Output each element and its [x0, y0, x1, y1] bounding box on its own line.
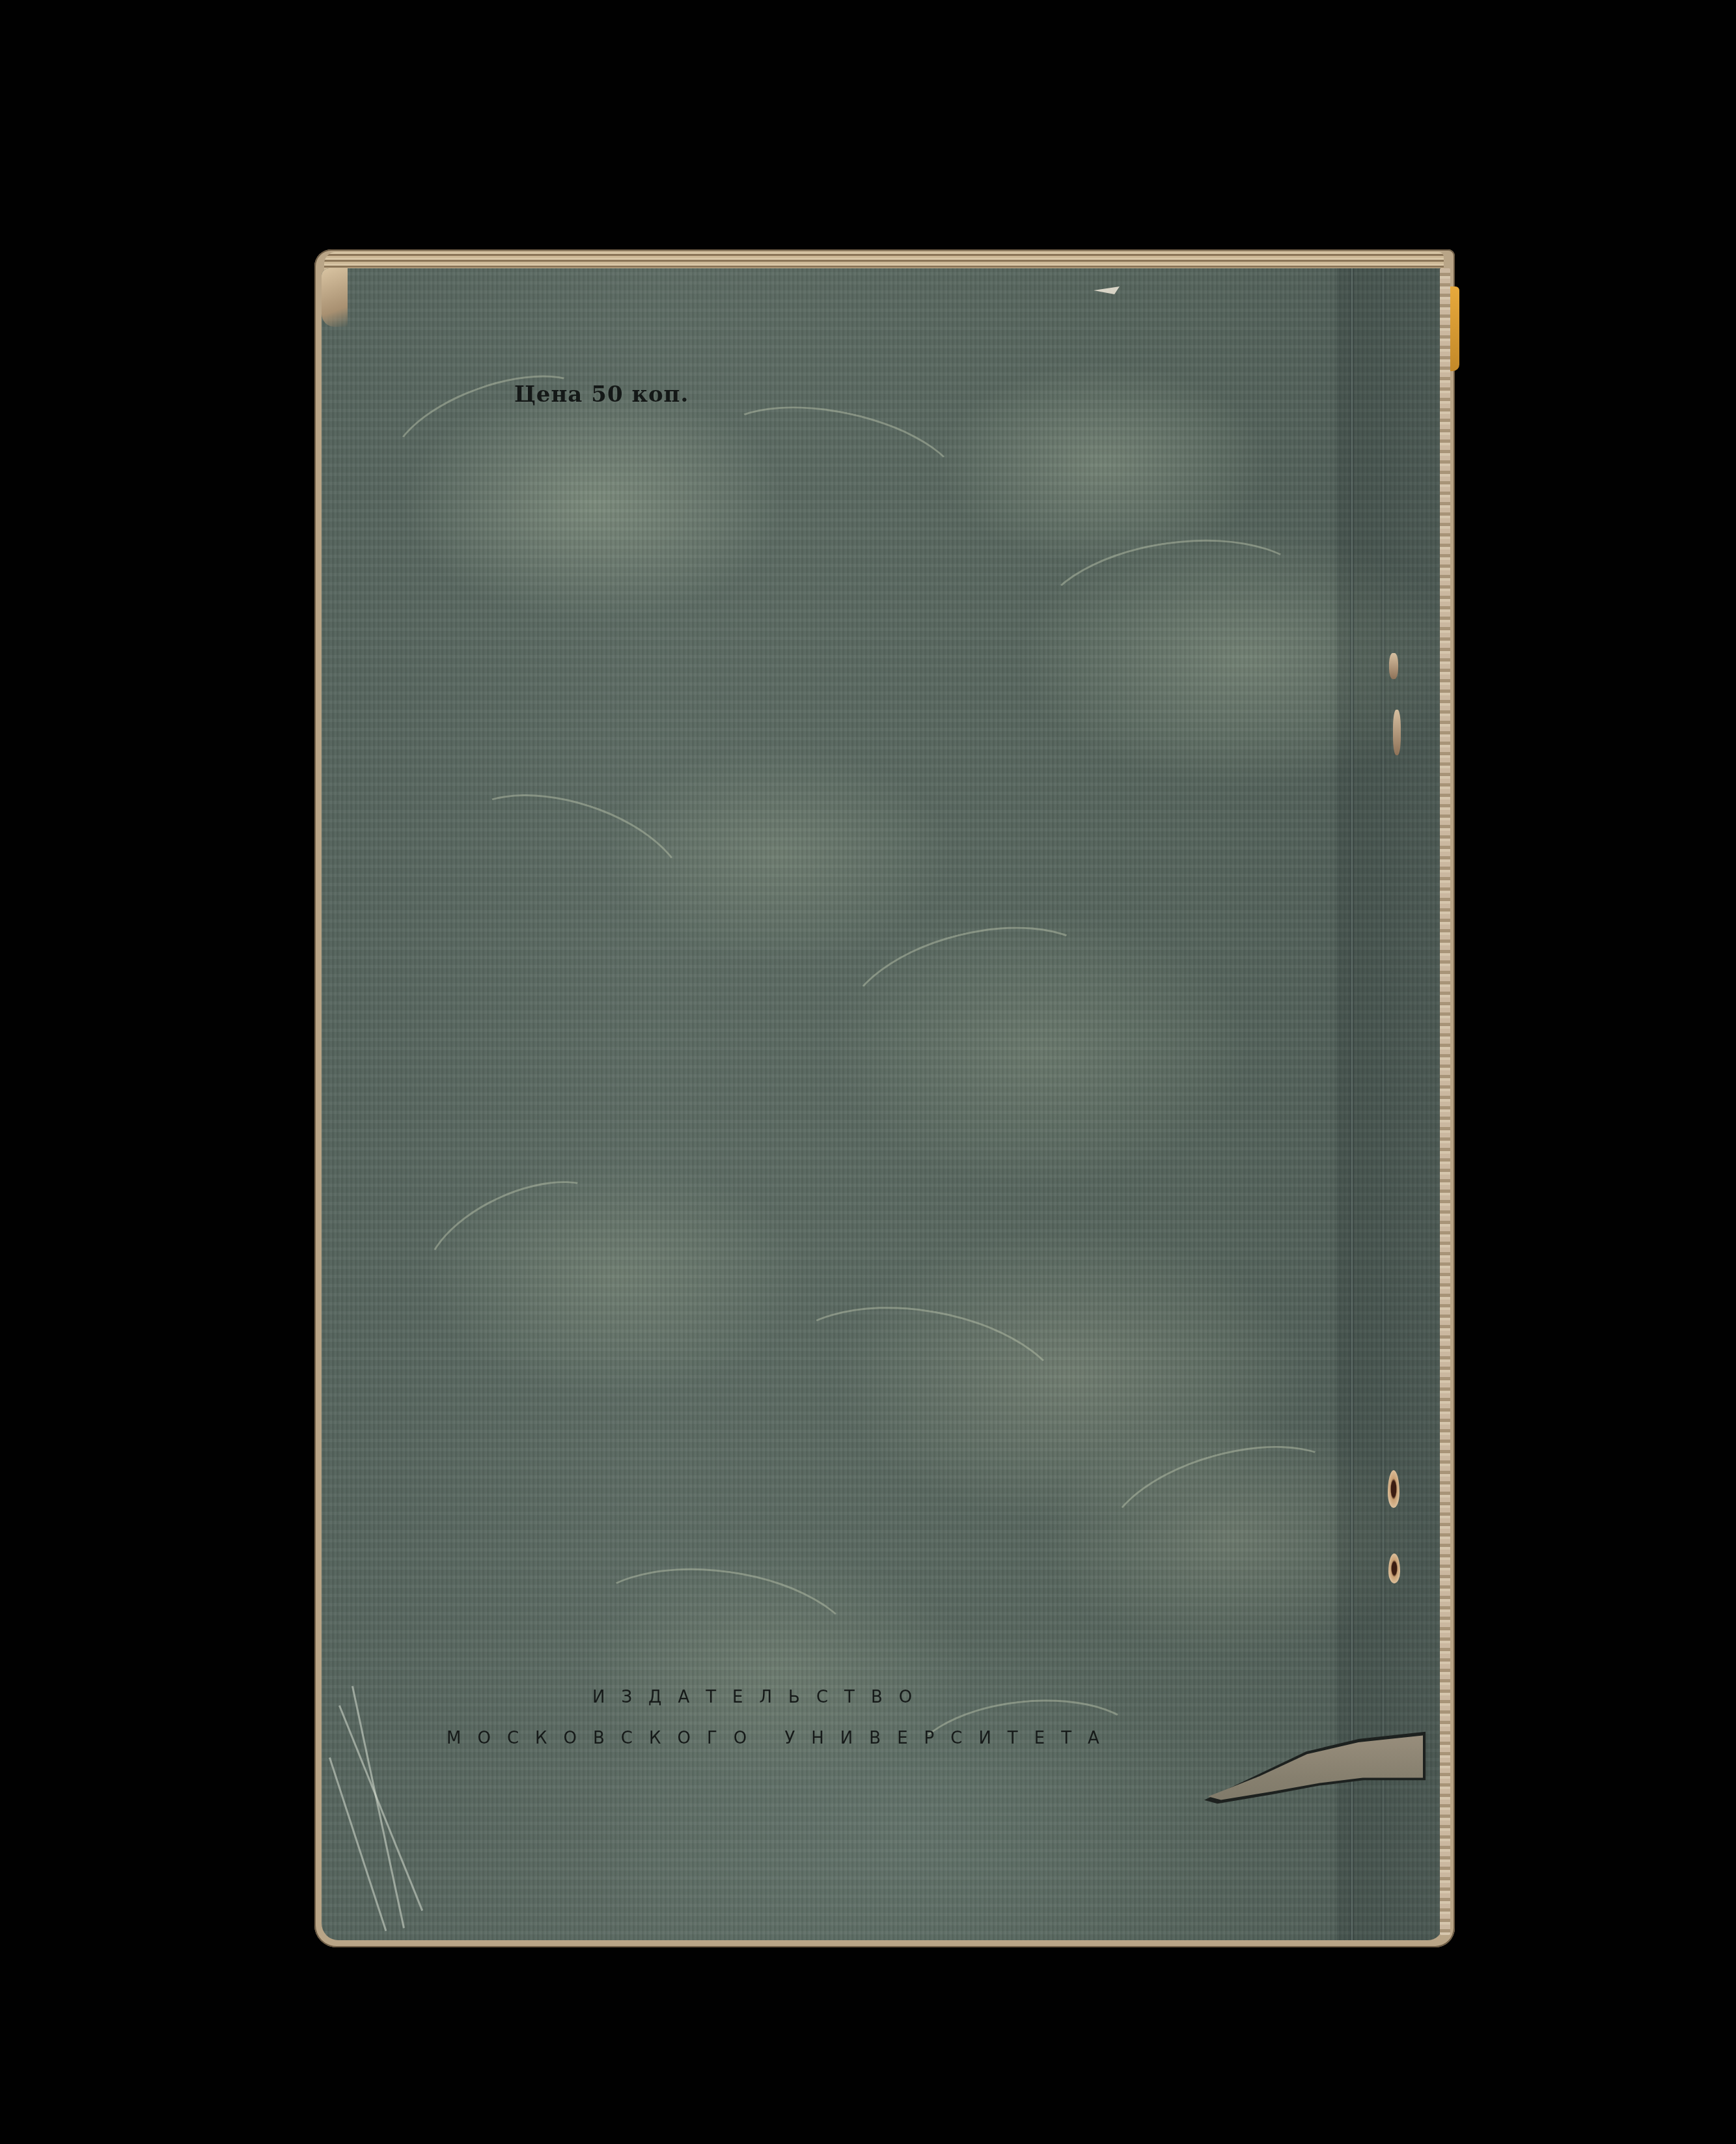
photo-background: Цена 50 коп. ИЗДАТЕЛЬСТВО МОСКОВСКОГО УН… — [0, 0, 1736, 2144]
marble-streak — [767, 1286, 1078, 1481]
spine-hole — [1388, 1553, 1400, 1583]
marble-streak — [439, 768, 703, 957]
page-edges-right — [1440, 268, 1450, 1935]
marble-streak — [1030, 523, 1323, 694]
spine-chip — [1389, 653, 1398, 679]
spine-fold-line — [1350, 268, 1354, 1940]
marble-streak — [1091, 1421, 1366, 1606]
marble-streak — [704, 387, 972, 545]
marble-streak — [830, 902, 1119, 1096]
spine-fold-line — [1381, 268, 1385, 1940]
publisher-line-1: ИЗДАТЕЛЬСТВО — [592, 1688, 928, 1707]
marble-streak — [902, 1688, 1151, 1827]
spine-chip — [1393, 710, 1401, 755]
corner-wear — [322, 268, 348, 327]
price-label: Цена 50 коп. — [514, 382, 689, 408]
marble-streak — [407, 1156, 630, 1332]
publisher-line-2: МОСКОВСКОГО УНИВЕРСИТЕТА — [447, 1729, 1116, 1748]
marble-streak — [377, 352, 609, 514]
page-edges-top — [324, 252, 1444, 270]
edge-tear — [1450, 286, 1459, 371]
